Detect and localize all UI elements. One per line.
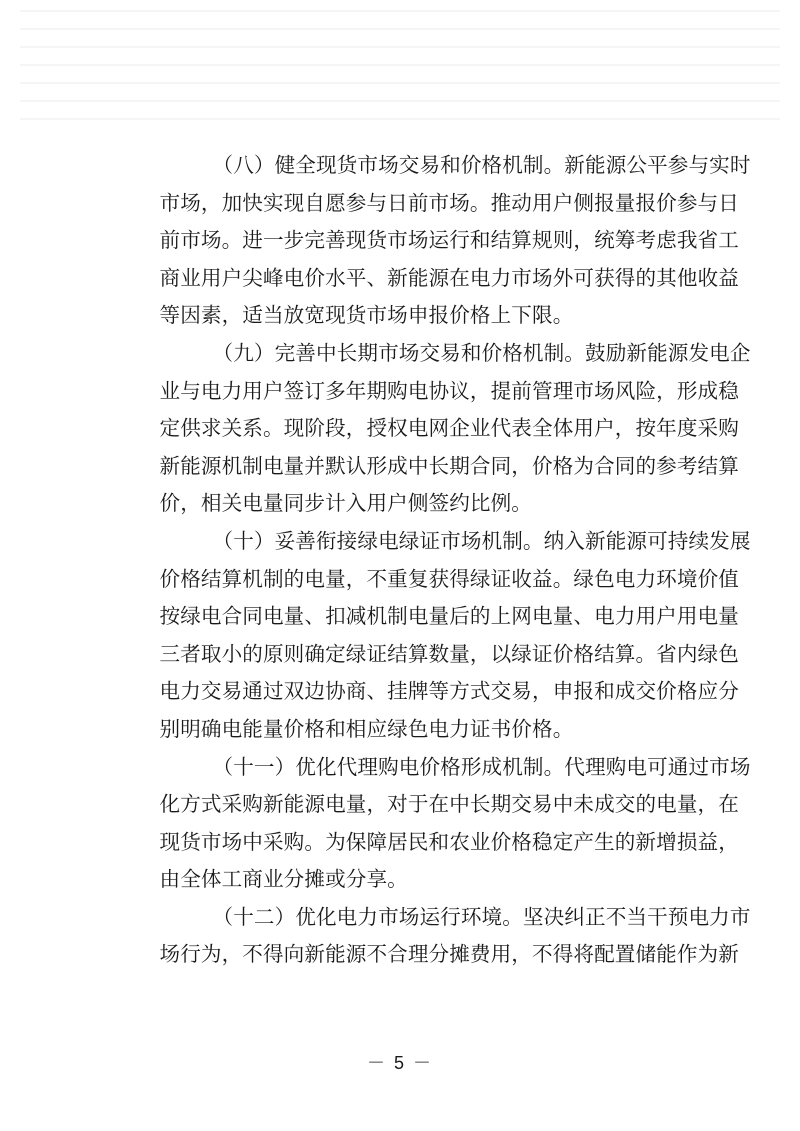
text-line: 电力交易通过双边协商、挂牌等方式交易，申报和成交价格应分 bbox=[107, 673, 701, 711]
text-line: （十一）优化代理购电价格形成机制。代理购电可通过市场 bbox=[107, 749, 701, 787]
text-line: 等因素，适当放宽现货市场申报价格上下限。 bbox=[107, 297, 701, 335]
scan-bleed-through bbox=[20, 10, 780, 130]
text-line: 化方式采购新能源电量，对于在中长期交易中未成交的电量，在 bbox=[107, 786, 701, 824]
text-line: 别明确电能量价格和相应绿色电力证书价格。 bbox=[107, 711, 701, 749]
text-line: （十二）优化电力市场运行环境。坚决纠正不当干预电力市 bbox=[107, 899, 701, 937]
paragraph-section-10: （十）妥善衔接绿电绿证市场机制。纳入新能源可持续发展 价格结算机制的电量，不重复… bbox=[107, 523, 701, 749]
text-line: 三者取小的原则确定绿证结算数量，以绿证价格结算。省内绿色 bbox=[107, 636, 701, 674]
text-line: 由全体工商业分摊或分享。 bbox=[107, 861, 701, 899]
text-line: （九）完善中长期市场交易和价格机制。鼓励新能源发电企 bbox=[107, 335, 701, 373]
text-line: 新能源机制电量并默认形成中长期合同，价格为合同的参考结算 bbox=[107, 448, 701, 486]
text-line: 价，相关电量同步计入用户侧签约比例。 bbox=[107, 485, 701, 523]
document-body: （八）健全现货市场交易和价格机制。新能源公平参与实时 市场，加快实现自愿参与日前… bbox=[107, 147, 701, 974]
document-page: （八）健全现货市场交易和价格机制。新能源公平参与实时 市场，加快实现自愿参与日前… bbox=[0, 0, 800, 1131]
paragraph-section-9: （九）完善中长期市场交易和价格机制。鼓励新能源发电企 业与电力用户签订多年期购电… bbox=[107, 335, 701, 523]
text-line: 按绿电合同电量、扣减机制电量后的上网电量、电力用户用电量 bbox=[107, 598, 701, 636]
text-line: 场行为，不得向新能源不合理分摊费用，不得将配置储能作为新 bbox=[107, 936, 701, 974]
page-number: － 5 － bbox=[0, 1049, 800, 1075]
text-line: （十）妥善衔接绿电绿证市场机制。纳入新能源可持续发展 bbox=[107, 523, 701, 561]
text-line: 前市场。进一步完善现货市场运行和结算规则，统筹考虑我省工 bbox=[107, 222, 701, 260]
text-line: 价格结算机制的电量，不重复获得绿证收益。绿色电力环境价值 bbox=[107, 561, 701, 599]
text-line: 商业用户尖峰电价水平、新能源在电力市场外可获得的其他收益 bbox=[107, 260, 701, 298]
paragraph-section-12: （十二）优化电力市场运行环境。坚决纠正不当干预电力市 场行为，不得向新能源不合理… bbox=[107, 899, 701, 974]
text-line: 现货市场中采购。为保障居民和农业价格稳定产生的新增损益， bbox=[107, 824, 701, 862]
text-line: 定供求关系。现阶段，授权电网企业代表全体用户，按年度采购 bbox=[107, 410, 701, 448]
text-line: （八）健全现货市场交易和价格机制。新能源公平参与实时 bbox=[107, 147, 701, 185]
text-line: 业与电力用户签订多年期购电协议，提前管理市场风险，形成稳 bbox=[107, 373, 701, 411]
text-line: 市场，加快实现自愿参与日前市场。推动用户侧报量报价参与日 bbox=[107, 185, 701, 223]
paragraph-section-8: （八）健全现货市场交易和价格机制。新能源公平参与实时 市场，加快实现自愿参与日前… bbox=[107, 147, 701, 335]
paragraph-section-11: （十一）优化代理购电价格形成机制。代理购电可通过市场 化方式采购新能源电量，对于… bbox=[107, 749, 701, 899]
